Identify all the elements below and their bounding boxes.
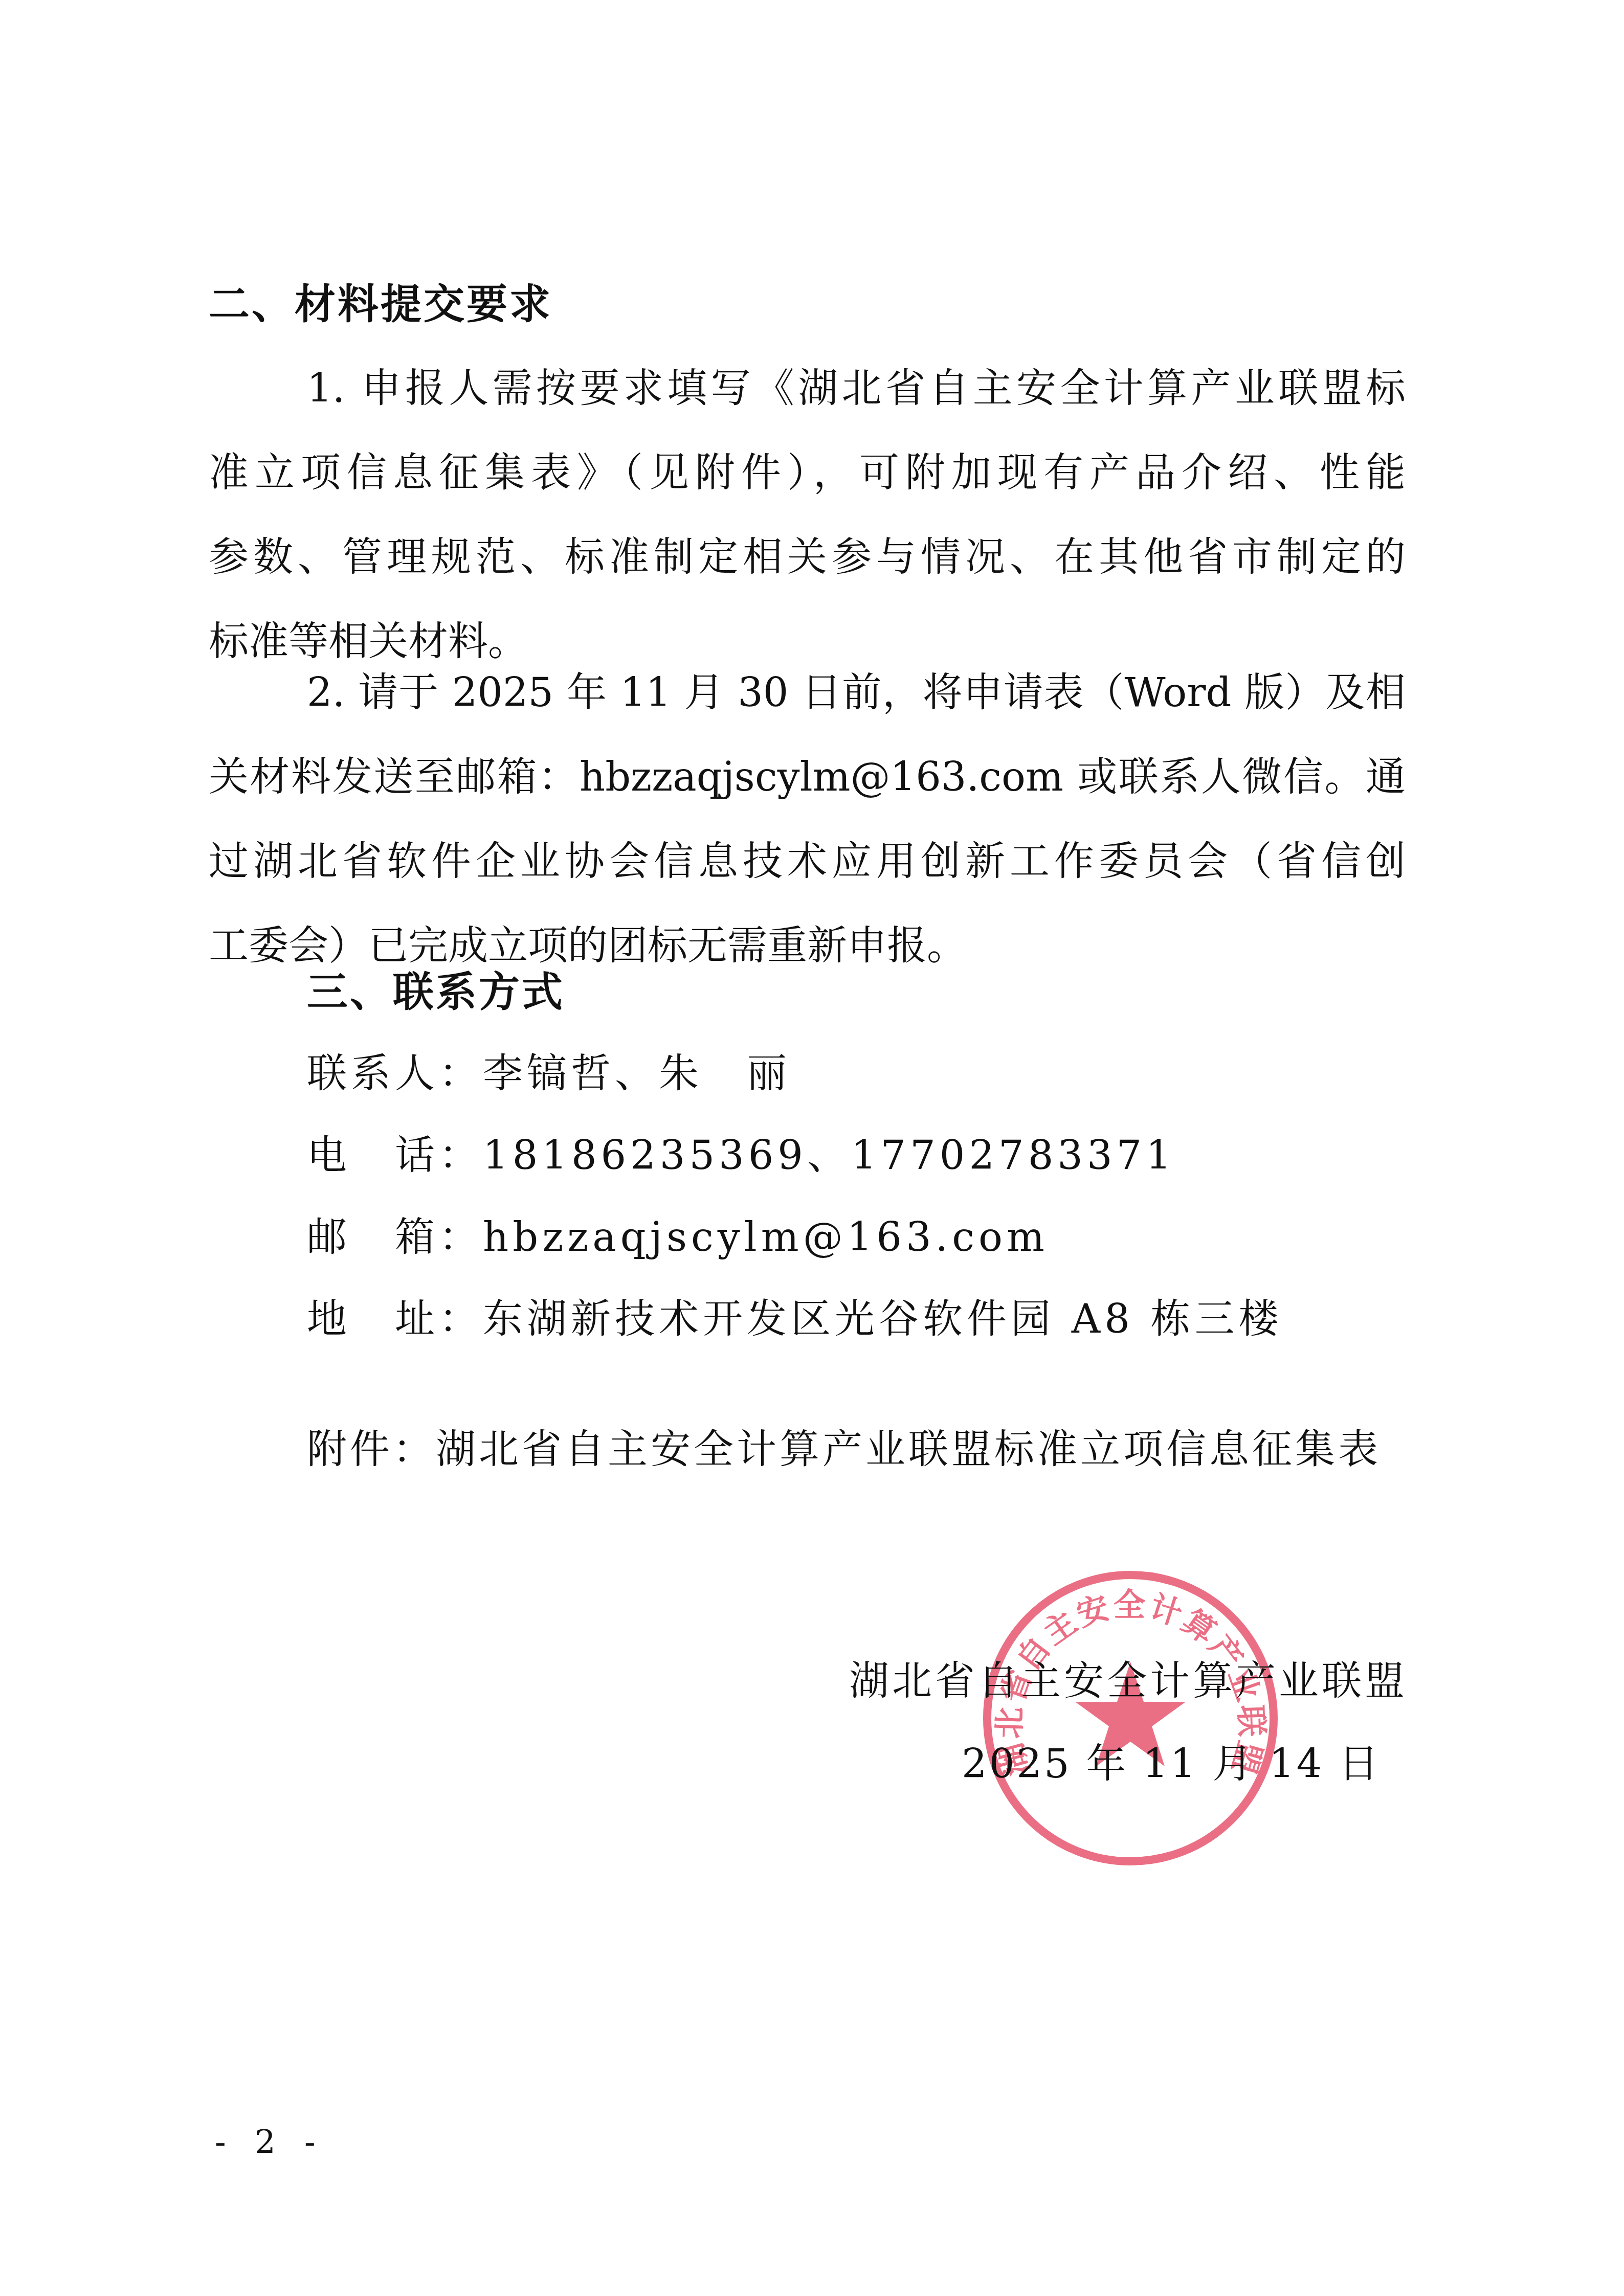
contact-label: 电 话： — [307, 1133, 483, 1179]
contact-label: 邮 箱： — [307, 1214, 483, 1260]
contact-label: 联系人： — [307, 1051, 483, 1097]
paragraph-line: 过湖北省软件企业协会信息技术应用创新工作委员会（省信创 — [209, 831, 1406, 892]
paragraph-line: 准立项信息征集表》（见附件），可附加现有产品介绍、性能 — [209, 442, 1406, 504]
attachment-note: 附件：湖北省自主安全计算产业联盟标准立项信息征集表 — [307, 1419, 1406, 1480]
paragraph-line: 参数、管理规范、标准制定相关参与情况、在其他省市制定的 — [209, 527, 1406, 588]
contact-label: 地 址： — [307, 1296, 483, 1342]
section-heading-contact: 三、联系方式 — [307, 961, 1406, 1023]
document-page: 二、材料提交要求 1. 申报人需按要求填写《湖北省自主安全计算产业联盟标 准立项… — [0, 0, 1624, 2296]
page-number: - 2 - — [215, 2117, 325, 2168]
section-heading-materials: 二、材料提交要求 — [209, 274, 1406, 335]
paragraph-line: 1. 申报人需按要求填写《湖北省自主安全计算产业联盟标 — [307, 358, 1406, 419]
contact-value: 李镐哲、朱 丽 — [483, 1051, 791, 1097]
official-seal-icon: 湖北省自主安全计算产业联盟 — [977, 1565, 1284, 1872]
contact-email: 邮 箱：hbzzaqjscylm@163.com — [307, 1207, 1406, 1268]
contact-value: 18186235369、17702783371 — [483, 1133, 1175, 1179]
contact-value: 东湖新技术开发区光谷软件园 A8 栋三楼 — [483, 1296, 1283, 1342]
contact-person: 联系人：李镐哲、朱 丽 — [307, 1043, 1406, 1105]
paragraph-line: 关材料发送至邮箱：hbzzaqjscylm@163.com 或联系人微信。通 — [209, 747, 1406, 808]
contact-address: 地 址：东湖新技术开发区光谷软件园 A8 栋三楼 — [307, 1289, 1406, 1350]
signature-date: 2025 年 11 月 14 日 — [962, 1734, 1422, 1795]
signature-organization: 湖北省自主安全计算产业联盟 — [849, 1651, 1417, 1712]
paragraph-line: 2. 请于 2025 年 11 月 30 日前，将申请表（Word 版）及相 — [307, 662, 1406, 724]
contact-value: hbzzaqjscylm@163.com — [483, 1214, 1049, 1260]
contact-phone: 电 话：18186235369、17702783371 — [307, 1125, 1406, 1186]
